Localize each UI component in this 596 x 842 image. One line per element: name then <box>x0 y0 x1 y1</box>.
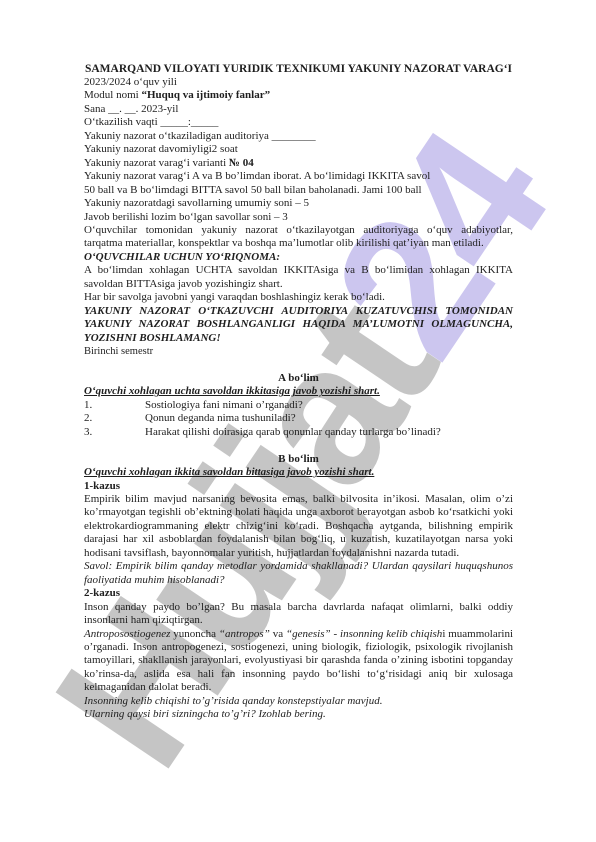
text-run: Harakat qilishi doirasiga qarab qonunlar… <box>145 426 441 438</box>
text-run: 2023/2024 o‘quv yili <box>84 76 177 88</box>
text-run: “antropos” <box>219 628 270 640</box>
list-number: 2. <box>84 412 145 425</box>
doc-line: Yakuniy nazorat o‘tkaziladigan auditoriy… <box>84 130 513 143</box>
text-run: Yakuniy nazorat davomiyligi2 soat <box>84 143 238 155</box>
text-run: B bo‘lim <box>278 453 319 465</box>
text-run: Birinchi semestr <box>84 346 153 357</box>
section-a-heading: A bo‘lim <box>84 372 513 385</box>
doc-line: Birinchi semestr <box>84 345 513 358</box>
doc-line: Yakuniy nazorat davomiyligi2 soat <box>84 143 513 156</box>
case-1-heading: 1-kazus <box>84 480 513 493</box>
text-run: Inson qanday paydo bo’lgan? Bu masala ba… <box>84 601 513 626</box>
document-content: SAMARQAND VILOYATI YURIDIK TEXNIKUMI YAK… <box>84 62 513 722</box>
doc-line: Har bir savolga javobni yangi varaqdan b… <box>84 291 513 304</box>
text-run: Yakuniy nazorat varag‘i varianti <box>84 157 229 169</box>
doc-line: Yakuniy nazorat varag‘i varianti № 04 <box>84 157 513 170</box>
text-run: Har bir savolga javobni yangi varaqdan b… <box>84 291 385 303</box>
text-run: O‘quvchi xohlagan ikkita savoldan bittas… <box>84 466 374 478</box>
text-run: Sostiologiya fani nimani o’rganadi? <box>145 399 303 411</box>
question-a-1: 1.Sostiologiya fani nimani o’rganadi? <box>84 399 513 412</box>
doc-line: O‘tkazilish vaqti _____:_____ <box>84 116 513 129</box>
case-2-question-2: Ularning qaysi biri sizningcha to’g’ri? … <box>84 708 513 721</box>
text-run: № 04 <box>229 157 254 169</box>
text-run: Savol: Empirik bilim qanday metodlar yor… <box>84 560 513 585</box>
doc-line: Modul nomi “Huquq va ijtimoiy fanlar” <box>84 89 513 102</box>
doc-line <box>84 439 513 452</box>
text-run: Modul nomi <box>84 89 141 101</box>
doc-line: O‘quvchilar tomonidan yakuniy nazorat o‘… <box>84 224 513 251</box>
text-run: “Huquq va ijtimoiy fanlar” <box>141 89 270 101</box>
text-run: - <box>331 628 340 640</box>
doc-line: Yakuniy nazoratdagi savollarning umumiy … <box>84 197 513 210</box>
page-title: SAMARQAND VILOYATI YURIDIK TEXNIKUMI YAK… <box>84 62 513 76</box>
case-1-text: Empirik bilim mavjud narsaning bevosita … <box>84 493 513 560</box>
text-run: Yakuniy nazorat varag‘i A va B bo’limdan… <box>84 170 430 182</box>
doc-line: O‘QUVCHILAR UCHUN YO‘RIQNOMA: <box>84 251 513 264</box>
doc-line: 50 ball va B bo‘limdagi BITTA savol 50 b… <box>84 184 513 197</box>
list-number: 1. <box>84 399 145 412</box>
text-run: A bo‘limdan xohlagan UCHTA savoldan IKKI… <box>84 264 513 289</box>
document-page: Hujjat24 SAMARQAND VILOYATI YURIDIK TEXN… <box>0 0 596 842</box>
doc-line: Sana __. __. 2023-yil <box>84 103 513 116</box>
text-run: va <box>270 628 286 640</box>
doc-line: Yakuniy nazorat varag‘i A va B bo’limdan… <box>84 170 513 183</box>
doc-line <box>84 359 513 372</box>
doc-line: 2023/2024 o‘quv yili <box>84 76 513 89</box>
text-run: A bo‘lim <box>278 372 319 384</box>
text-run: yunoncha <box>170 628 219 640</box>
text-run: Insonning kelib chiqishi to’g’risida qan… <box>84 695 383 707</box>
text-run: Ularning qaysi biri sizningcha to’g’ri? … <box>84 708 326 720</box>
section-b-instruction: O‘quvchi xohlagan ikkita savoldan bittas… <box>84 466 513 479</box>
doc-line: Javob berilishi lozim bo‘lgan savollar s… <box>84 211 513 224</box>
section-a-instruction: O‘quvchi xohlagan uchta savoldan ikkitas… <box>84 385 513 398</box>
question-a-2: 2.Qonun deganda nima tushuniladi? <box>84 412 513 425</box>
text-run: YAKUNIY NAZORAT O‘TKAZUVCHI AUDITORIYA K… <box>84 305 513 344</box>
case-2-text-1: Inson qanday paydo bo’lgan? Bu masala ba… <box>84 601 513 628</box>
text-run: 1-kazus <box>84 480 120 492</box>
text-run: O‘tkazilish vaqti _____:_____ <box>84 116 218 128</box>
document-body: 2023/2024 o‘quv yiliModul nomi “Huquq va… <box>84 76 513 722</box>
text-run: Antroposostiogenez <box>84 628 170 640</box>
case-2-question-1: Insonning kelib chiqishi to’g’risida qan… <box>84 695 513 708</box>
text-run: 2-kazus <box>84 587 120 599</box>
text-run: O‘QUVCHILAR UCHUN YO‘RIQNOMA: <box>84 251 280 263</box>
text-run: Yakuniy nazorat o‘tkaziladigan auditoriy… <box>84 130 316 142</box>
text-run: O‘quvchilar tomonidan yakuniy nazorat o‘… <box>84 224 513 249</box>
text-run: Javob berilishi lozim bo‘lgan savollar s… <box>84 211 288 223</box>
case-2-heading: 2-kazus <box>84 587 513 600</box>
text-run: Empirik bilim mavjud narsaning bevosita … <box>84 493 513 559</box>
case-1-question: Savol: Empirik bilim qanday metodlar yor… <box>84 560 513 587</box>
question-a-3: 3.Harakat qilishi doirasiga qarab qonunl… <box>84 426 513 439</box>
doc-line: YAKUNIY NAZORAT O‘TKAZUVCHI AUDITORIYA K… <box>84 305 513 345</box>
case-2-text-2: Antroposostiogenez yunoncha “antropos” v… <box>84 628 513 695</box>
text-run: Sana __. __. 2023-yil <box>84 103 178 115</box>
text-run: O‘quvchi xohlagan uchta savoldan ikkitas… <box>84 385 380 397</box>
text-run: Yakuniy nazoratdagi savollarning umumiy … <box>84 197 309 209</box>
text-run: Qonun deganda nima tushuniladi? <box>145 412 296 424</box>
text-run: 50 ball va B bo‘limdagi BITTA savol 50 b… <box>84 184 422 196</box>
text-run: insonning kelib chiqish <box>340 628 442 640</box>
doc-line: A bo‘limdan xohlagan UCHTA savoldan IKKI… <box>84 264 513 291</box>
text-run: “genesis” <box>286 628 331 640</box>
list-number: 3. <box>84 426 145 439</box>
section-b-heading: B bo‘lim <box>84 453 513 466</box>
